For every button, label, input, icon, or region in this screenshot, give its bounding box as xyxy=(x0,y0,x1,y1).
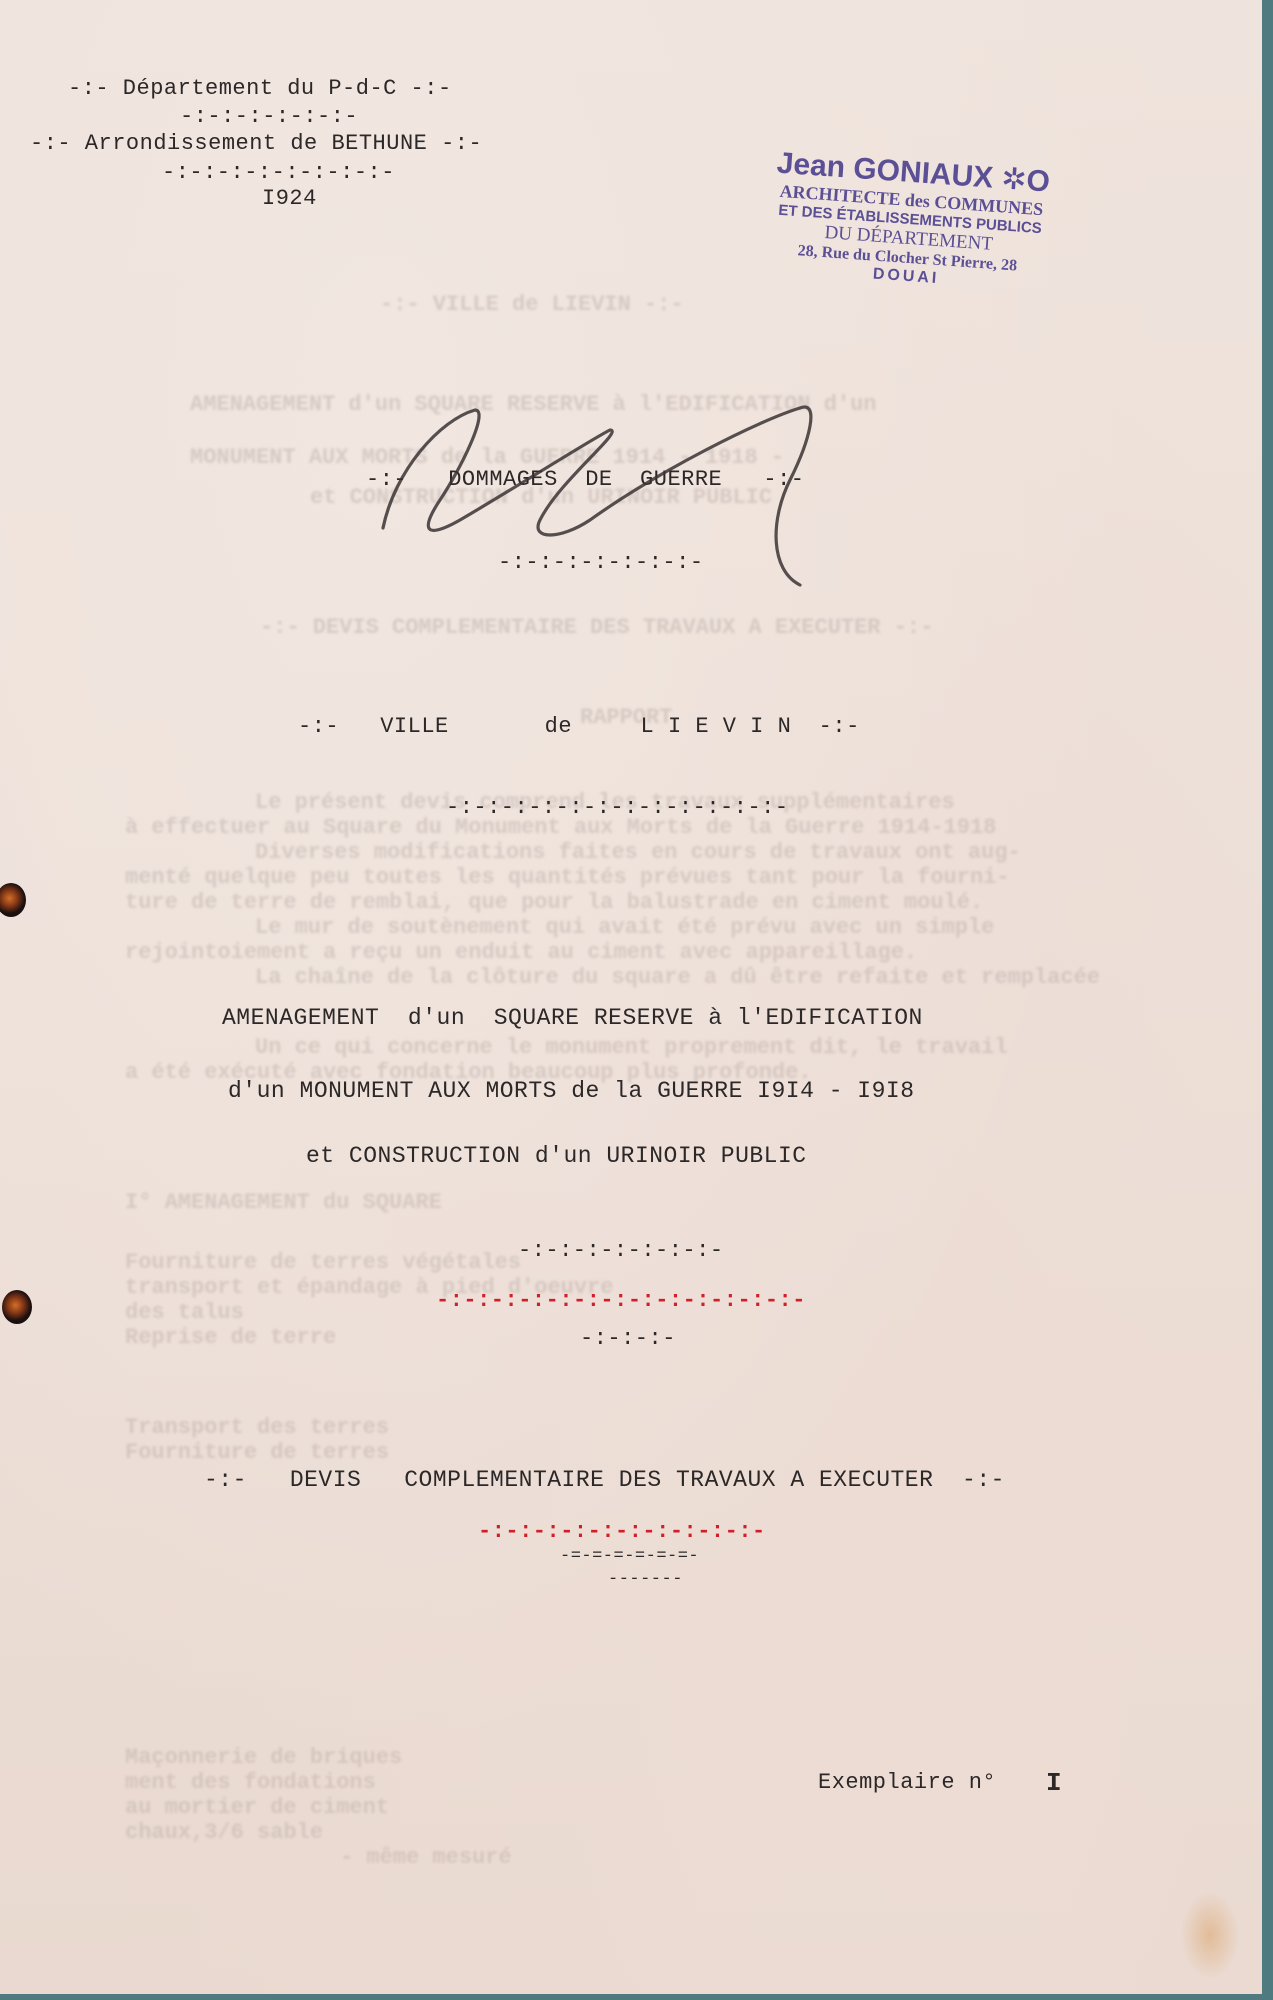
separator: -:-:-:-:-:-:-:- xyxy=(518,1238,724,1263)
department-line: -:- Département du P-d-C -:- xyxy=(68,76,452,101)
bleed-through-line: Un ce qui concerne le monument propremen… xyxy=(255,1035,1008,1060)
bleed-through-line: -:- DEVIS COMPLEMENTAIRE DES TRAVAUX A E… xyxy=(260,615,933,640)
bleed-through-line: I° AMENAGEMENT du SQUARE xyxy=(125,1190,442,1215)
bleed-through-line: ture de terre de remblai, que pour la ba… xyxy=(125,890,983,915)
bleed-through-line: au mortier de ciment xyxy=(125,1795,389,1820)
architect-stamp: Jean GONIAUX ✲O ARCHITECTE des COMMUNES … xyxy=(736,143,1084,297)
bleed-through-line: rejointoiement a reçu un enduit au cimen… xyxy=(125,940,917,965)
bleed-through-line: Reprise de terre xyxy=(125,1325,336,1350)
project-line-2: d'un MONUMENT AUX MORTS de la GUERRE I9I… xyxy=(228,1078,915,1104)
bleed-through-line: La chaîne de la clôture du square a dû ê… xyxy=(255,965,1100,990)
copy-number-value: I xyxy=(1046,1768,1062,1798)
devis-title: -:- DEVIS COMPLEMENTAIRE DES TRAVAUX A E… xyxy=(204,1467,1005,1493)
document-page: -:- VILLE de LIEVIN -:- AMENAGEMENT d'un… xyxy=(0,0,1262,1994)
copy-label: Exemplaire n° xyxy=(818,1770,996,1795)
separator: -:-:-:-:-:-:- xyxy=(180,104,358,129)
arrondissement-line: -:- Arrondissement de BETHUNE -:- xyxy=(30,131,482,156)
bleed-through-line: ment des fondations xyxy=(125,1770,376,1795)
bleed-through-line: Fourniture de terres végétales xyxy=(125,1250,521,1275)
bleed-through-line: Le mur de soutènement qui avait été prév… xyxy=(255,915,994,940)
separator: -:-:-:-:-:-:-:-:- xyxy=(162,160,395,185)
separator: -:-:-:-:-:-:-:-:-:-:-:-:- xyxy=(446,795,789,820)
bleed-through-line: Diverses modifications faites en cours d… xyxy=(255,840,1021,865)
punch-hole xyxy=(2,1290,32,1324)
paper-stain xyxy=(1180,1890,1240,1980)
bleed-through-line: menté quelque peu toutes les quantités p… xyxy=(125,865,1010,890)
city-title: -:- VILLE de L I E V I N -:- xyxy=(298,714,860,739)
bleed-through-line: chaux,3/6 sable xyxy=(125,1820,323,1845)
bleed-through-line: - même mesuré xyxy=(340,1845,512,1870)
bleed-through-line: des talus xyxy=(125,1300,244,1325)
separator: -=-=-=-=-=-=- xyxy=(560,1547,699,1566)
separator-red: -:-:-:-:-:-:-:-:-:-:-:-:-:- xyxy=(436,1288,806,1313)
separator-red: -:-:-:-:-:-:-:-:-:-:- xyxy=(478,1519,766,1544)
separator: -:-:-:-:-:-:-:- xyxy=(498,550,704,575)
bleed-through-line: Maçonnerie de briques xyxy=(125,1745,402,1770)
project-line-3: et CONSTRUCTION d'un URINOIR PUBLIC xyxy=(306,1143,807,1169)
bleed-through-line: AMENAGEMENT d'un SQUARE RESERVE à l'EDIF… xyxy=(190,392,877,417)
separator: ------- xyxy=(608,1570,683,1589)
project-line-1: AMENAGEMENT d'un SQUARE RESERVE à l'EDIF… xyxy=(222,1005,923,1031)
year: I924 xyxy=(262,186,317,211)
separator: -:-:-:- xyxy=(580,1326,676,1351)
punch-hole xyxy=(0,883,26,917)
bleed-through-line: -:- VILLE de LIEVIN -:- xyxy=(380,292,684,317)
bleed-through-line: Transport des terres xyxy=(125,1415,389,1440)
bleed-through-line: Fourniture de terres xyxy=(125,1440,389,1465)
damage-title: -:- DOMMAGES DE GUERRE -:- xyxy=(366,467,804,492)
